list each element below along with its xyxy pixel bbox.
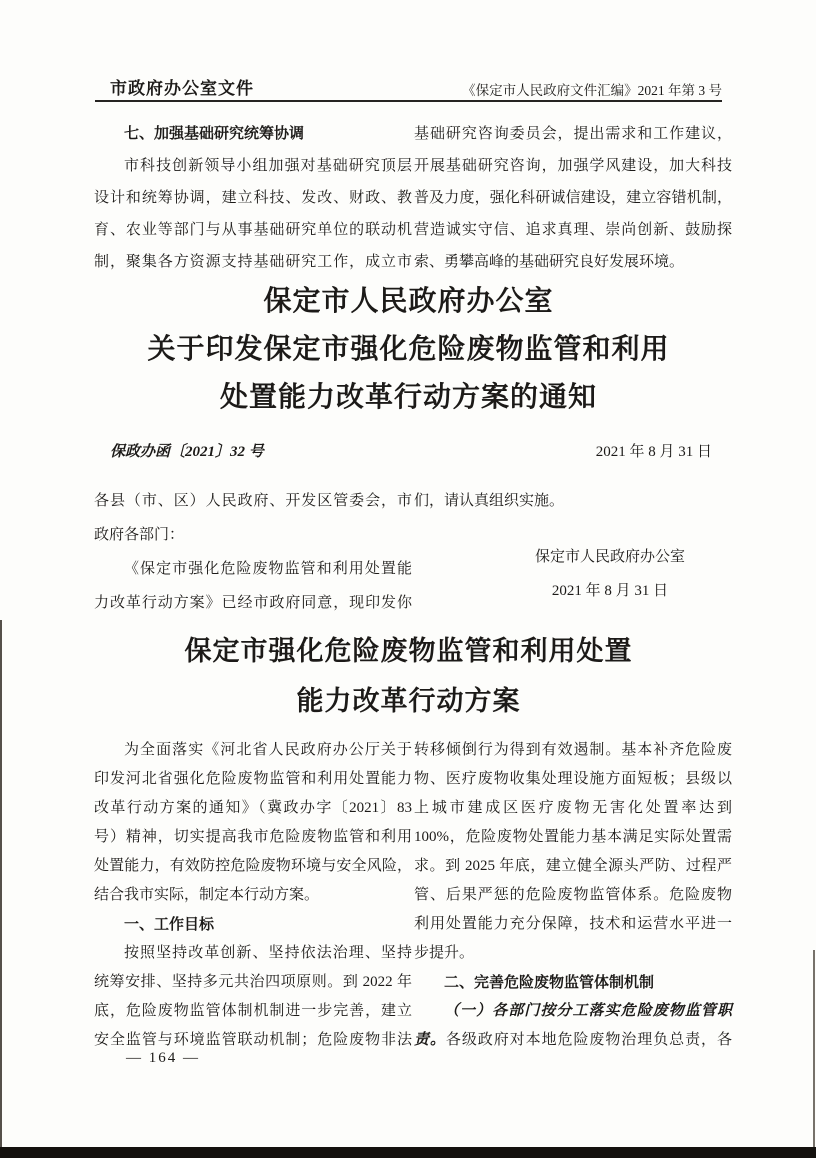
body-line: 步提升。: [414, 939, 732, 968]
prev-section-left-column: 七、加强基础研究统筹协调 市科技创新领导小组加强对基础研究顶层 设计和统筹协调，…: [94, 118, 412, 278]
header-document-type: 市政府办公室文件: [110, 74, 254, 99]
body-line: 按照坚持改革创新、坚持依法治理、坚持: [94, 939, 412, 968]
scan-edge-bottom: [0, 1147, 816, 1158]
body-line: 印发河北省强化危险废物监管和利用处置能力: [94, 765, 412, 794]
body-line: 政府各部门：: [94, 518, 412, 552]
body-line-kai: （一）各部门按分工落实危险废物监管职: [414, 997, 732, 1026]
body-line: 为全面落实《河北省人民政府办公厅关于: [94, 736, 412, 765]
body-line: 市科技创新领导小组加强对基础研究顶层: [94, 150, 412, 182]
notice-title-line: 保定市人民政府办公室: [95, 278, 722, 326]
body-line: 基础研究咨询委员会，提出需求和工作建议，: [414, 118, 732, 150]
body-line: 号）精神，切实提高我市危险废物监管和利用: [94, 823, 412, 852]
document-page: 市政府办公室文件 《保定市人民政府文件汇编》2021 年第 3 号 七、加强基础…: [0, 0, 816, 1158]
plan-title-line: 能力改革行动方案: [95, 676, 722, 726]
plan-body-right-column: 转移倾倒行为得到有效遏制。基本补齐危险废 物、医疗废物收集处理设施方面短板；县级…: [414, 736, 732, 1055]
body-line: 索、勇攀高峰的基础研究良好发展环境。: [414, 246, 732, 278]
body-line: 管、后果严惩的危险废物监管体系。危险废物: [414, 881, 732, 910]
signature-date: 2021 年 8 月 31 日: [495, 574, 725, 608]
body-line: 结合我市实际，制定本行动方案。: [94, 881, 412, 910]
body-line: 《保定市强化危险废物监管和利用处置能: [94, 552, 412, 586]
body-line-fragment: 各级政府对本地危险废物治理负总责，各: [446, 1032, 732, 1048]
scan-edge-left: [0, 620, 2, 1147]
scan-edge-right: [813, 950, 815, 1147]
body-line: 制，聚集各方资源支持基础研究工作，成立市: [94, 246, 412, 278]
body-line: 统筹安排、坚持多元共治四项原则。到 2022 年: [94, 968, 412, 997]
body-line: 转移倾倒行为得到有效遏制。基本补齐危险废: [414, 736, 732, 765]
section-heading-1: 一、工作目标: [94, 910, 412, 939]
signature-issuer: 保定市人民政府办公室: [495, 540, 725, 574]
body-line: 处置能力，有效防控危险废物环境与安全风险，: [94, 852, 412, 881]
body-line: 利用处置能力充分保障，技术和运营水平进一: [414, 910, 732, 939]
plan-title-line: 保定市强化危险废物监管和利用处置: [95, 626, 722, 676]
body-line: 开展基础研究咨询，加强学风建设，加大科技: [414, 150, 732, 182]
notice-title: 保定市人民政府办公室 关于印发保定市强化危险废物监管和利用 处置能力改革行动方案…: [95, 278, 722, 422]
body-line: 设计和统筹协调，建立科技、发改、财政、教: [94, 182, 412, 214]
header-rule: [95, 100, 722, 102]
body-line-kai-fragment: 责。: [414, 1032, 446, 1048]
body-line: 上城市建成区医疗废物无害化处置率达到: [414, 794, 732, 823]
body-line: 们，请认真组织实施。: [414, 484, 732, 518]
notice-title-line: 处置能力改革行动方案的通知: [95, 374, 722, 422]
body-line: 营造诚实守信、追求真理、崇尚创新、鼓励探: [414, 214, 732, 246]
header-compilation-title: 《保定市人民政府文件汇编》2021 年第 3 号: [462, 79, 722, 99]
prev-section-right-column: 基础研究咨询委员会，提出需求和工作建议， 开展基础研究咨询，加强学风建设，加大科…: [414, 118, 732, 278]
notice-body-right-column: 们，请认真组织实施。: [414, 484, 732, 518]
notice-body-left-column: 各县（市、区）人民政府、开发区管委会，市 政府各部门： 《保定市强化危险废物监管…: [94, 484, 412, 620]
body-line: 责。各级政府对本地危险废物治理负总责，各: [414, 1026, 732, 1055]
document-date: 2021 年 8 月 31 日: [596, 440, 712, 461]
body-line: 求。到 2025 年底，建立健全源头严防、过程严: [414, 852, 732, 881]
plan-body-left-column: 为全面落实《河北省人民政府办公厅关于 印发河北省强化危险废物监管和利用处置能力 …: [94, 736, 412, 1055]
notice-title-line: 关于印发保定市强化危险废物监管和利用: [95, 326, 722, 374]
page-number: — 164 —: [126, 1050, 200, 1067]
body-line: 100%，危险废物处置能力基本满足实际处置需: [414, 823, 732, 852]
body-line: 普及力度，强化科研诚信建设，建立容错机制，: [414, 182, 732, 214]
prev-section-heading: 七、加强基础研究统筹协调: [94, 118, 412, 150]
body-line: 育、农业等部门与从事基础研究单位的联动机: [94, 214, 412, 246]
document-number: 保政办函〔2021〕32 号: [110, 440, 264, 461]
body-line: 底，危险废物监管体制机制进一步完善，建立: [94, 997, 412, 1026]
body-line: 改革行动方案的通知》（冀政办字〔2021〕83: [94, 794, 412, 823]
body-line: 力改革行动方案》已经市政府同意，现印发你: [94, 586, 412, 620]
body-line: 物、医疗废物收集处理设施方面短板；县级以: [414, 765, 732, 794]
plan-title: 保定市强化危险废物监管和利用处置 能力改革行动方案: [95, 626, 722, 726]
section-heading-2: 二、完善危险废物监管体制机制: [414, 968, 732, 997]
body-line: 各县（市、区）人民政府、开发区管委会，市: [94, 484, 412, 518]
